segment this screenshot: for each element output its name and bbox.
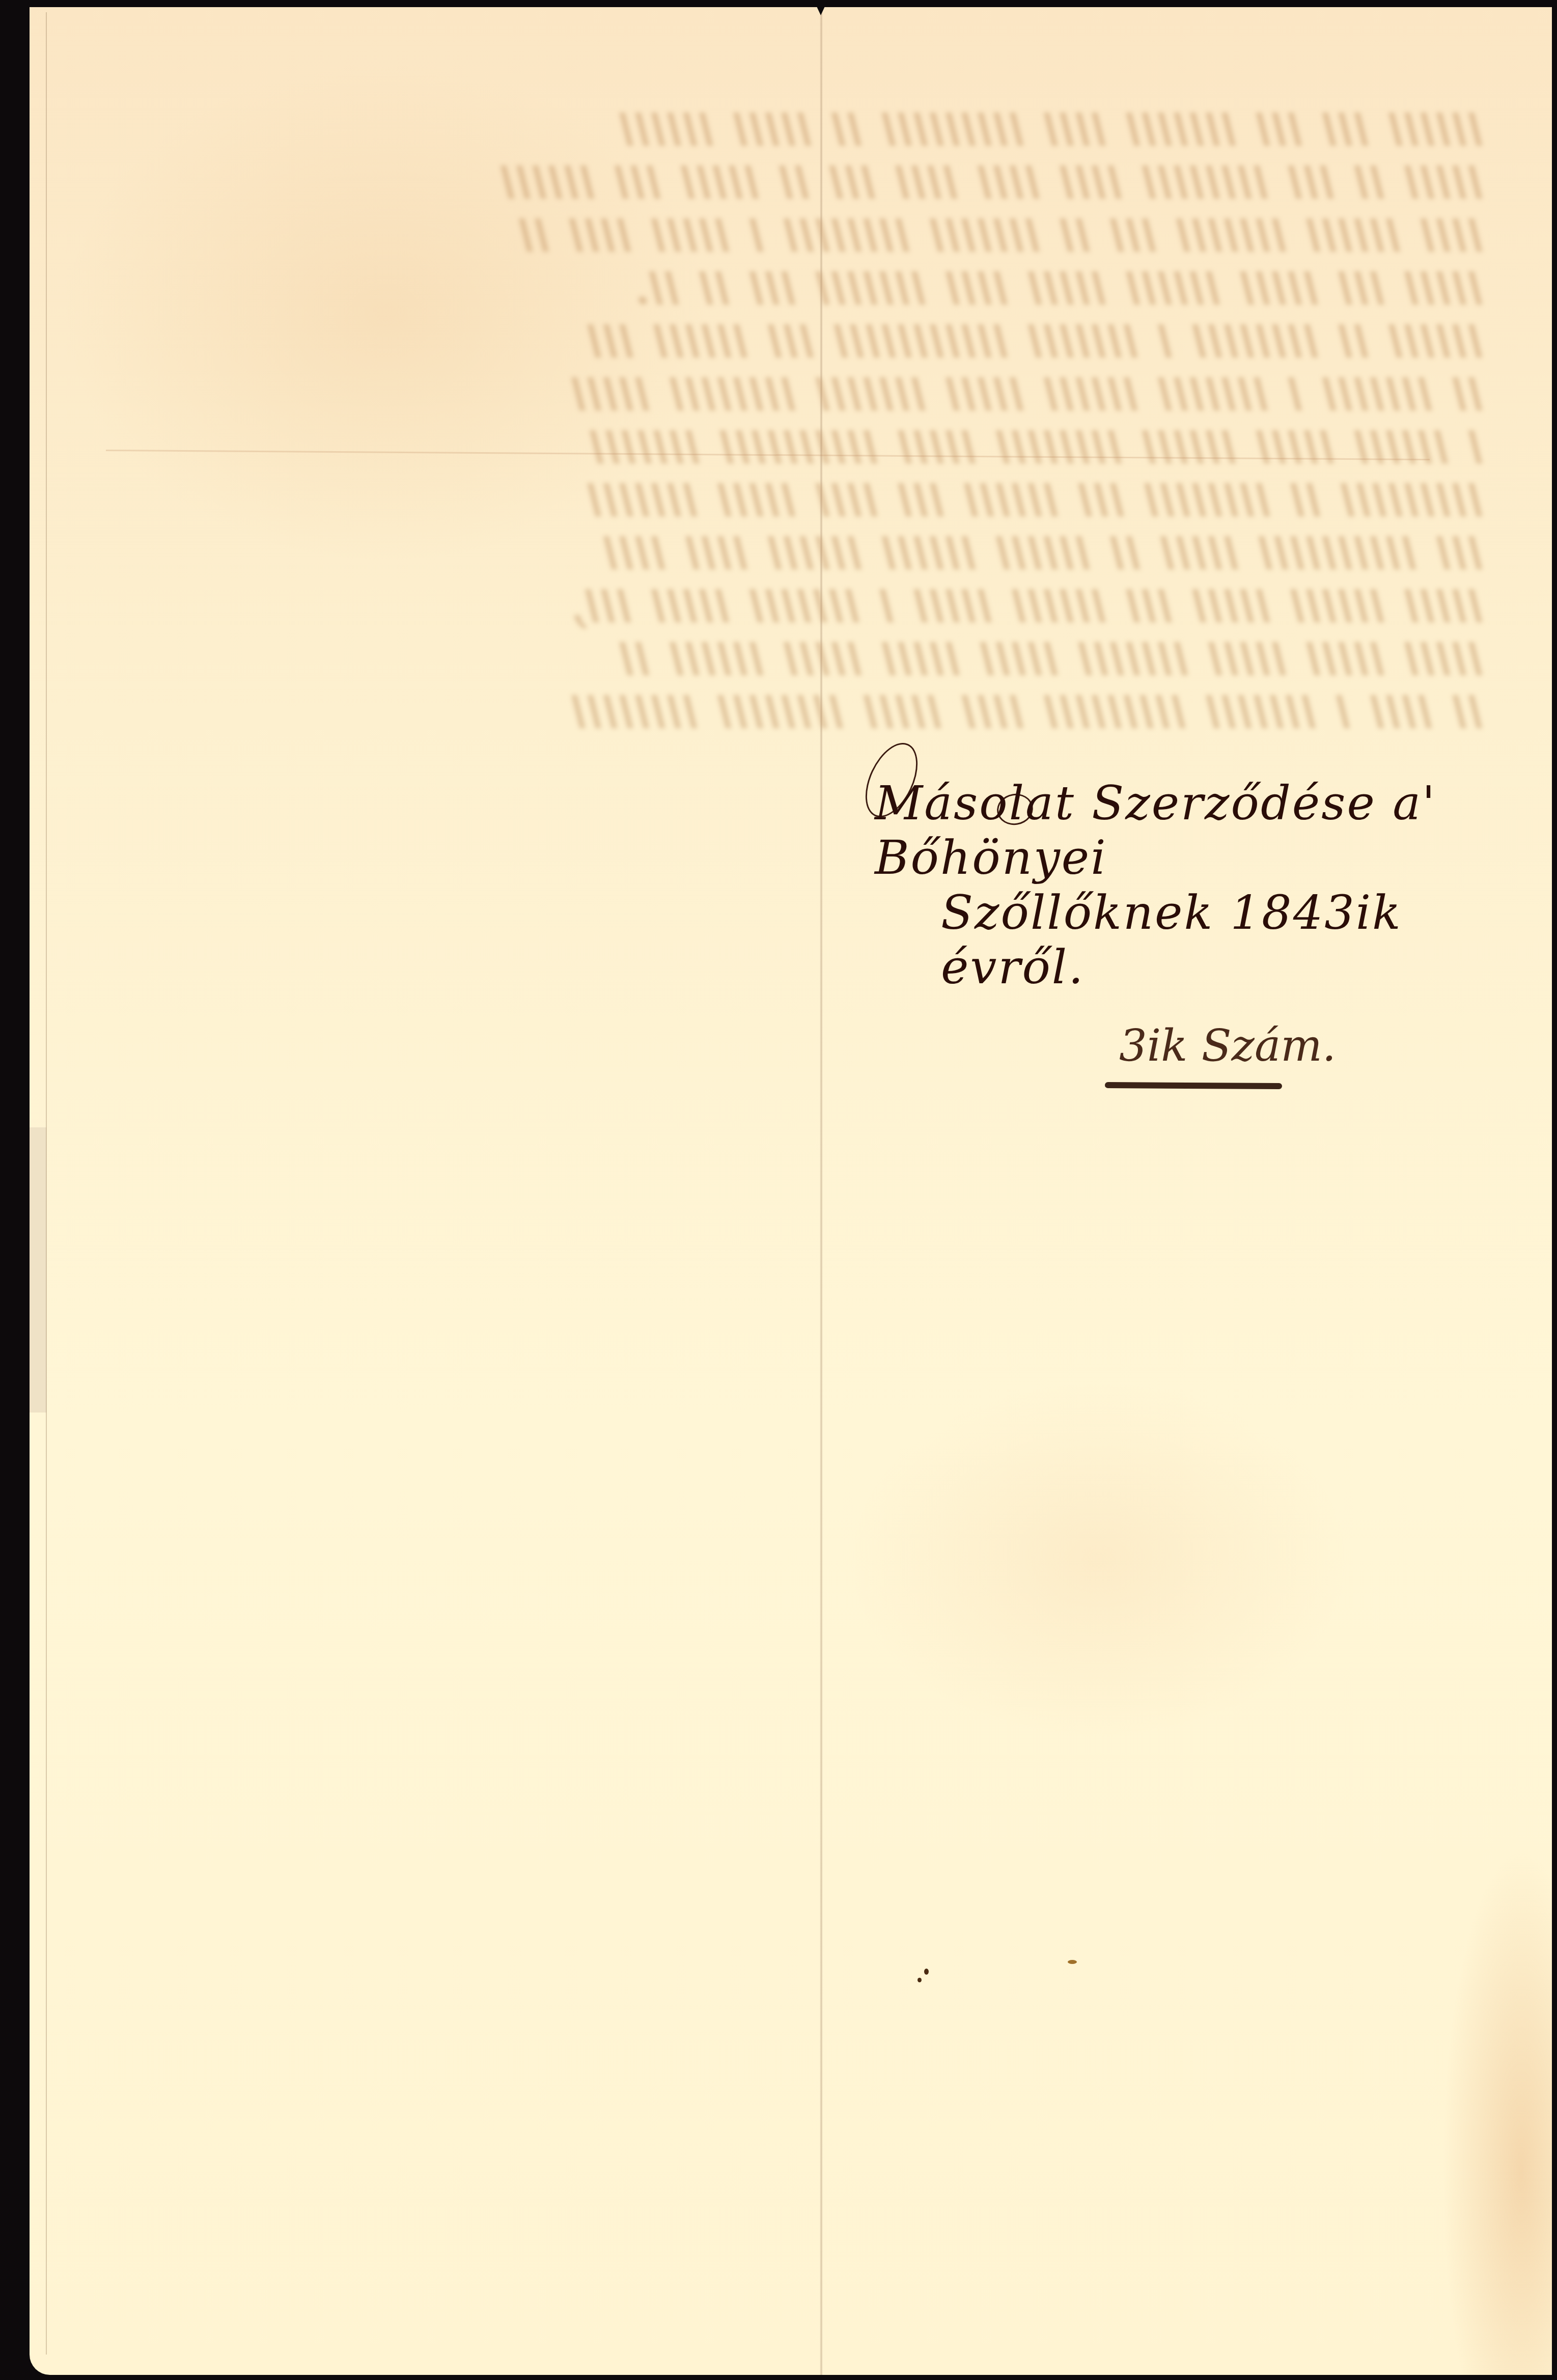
bleed-through-text: ⵏⵏⵏⵏⵏⵏ ⵏⵏⵏ ⵏⵏⵏ ⵏⵏⵏⵏⵏⵏⵏ ⵏⵏⵏⵏ ⵏⵏⵏⵏⵏⵏⵏⵏⵏ ⵏⵏ… bbox=[91, 104, 1486, 739]
bleed-line: ⵏⵏⵏⵏⵏⵏ ⵏⵏⵏ ⵏⵏⵏ ⵏⵏⵏⵏⵏⵏⵏ ⵏⵏⵏⵏ ⵏⵏⵏⵏⵏⵏⵏⵏⵏ ⵏⵏ… bbox=[91, 104, 1486, 157]
bleed-line: ⵏⵏⵏⵏⵏ ⵏⵏ ⵏⵏⵏ ⵏⵏⵏⵏⵏⵏⵏⵏ ⵏⵏⵏⵏ ⵏⵏⵏⵏ ⵏⵏⵏⵏ ⵏⵏⵏ… bbox=[91, 157, 1486, 210]
bleed-line: ⵏⵏ ⵏⵏⵏⵏ ⵏ ⵏⵏⵏⵏⵏⵏⵏ ⵏⵏⵏⵏⵏⵏⵏⵏⵏ ⵏⵏⵏⵏ ⵏⵏⵏⵏⵏ ⵏ… bbox=[91, 686, 1486, 739]
fold-notch bbox=[814, 0, 828, 15]
archive-number: 3ik Szám. bbox=[1119, 1020, 1336, 1071]
bleed-line: ⵏ ⵏⵏⵏⵏⵏⵏ ⵏⵏⵏⵏⵏ ⵏⵏⵏⵏⵏⵏ ⵏⵏⵏⵏⵏⵏⵏⵏ ⵏⵏⵏⵏⵏ ⵏⵏⵏ… bbox=[91, 422, 1486, 475]
bleed-line: ⵏⵏⵏⵏⵏ ⵏⵏⵏⵏⵏ ⵏⵏⵏⵏⵏ ⵏⵏⵏⵏⵏⵏⵏ ⵏⵏⵏⵏⵏ ⵏⵏⵏⵏⵏ ⵏⵏ… bbox=[91, 633, 1486, 686]
bleed-line: ⵏⵏ ⵏⵏⵏⵏⵏⵏⵏ ⵏ ⵏⵏⵏⵏⵏⵏⵏ ⵏⵏⵏⵏⵏⵏ ⵏⵏⵏⵏⵏ ⵏⵏⵏⵏⵏⵏ… bbox=[91, 369, 1486, 422]
bleed-line: ⵏⵏⵏ ⵏⵏⵏⵏⵏⵏⵏⵏⵏⵏ ⵏⵏⵏⵏⵏ ⵏⵏ ⵏⵏⵏⵏⵏⵏ ⵏⵏⵏⵏⵏⵏ ⵏⵏ… bbox=[91, 528, 1486, 580]
ink-spot bbox=[924, 1969, 929, 1975]
archive-number-underline bbox=[1105, 1082, 1282, 1089]
torn-left-edge bbox=[30, 1127, 46, 1413]
bleed-line: ⵏⵏⵏⵏⵏ ⵏⵏⵏⵏⵏⵏ ⵏⵏⵏⵏⵏ ⵏⵏⵏ ⵏⵏⵏⵏⵏⵏ ⵏⵏⵏⵏⵏ ⵏ ⵏⵏ… bbox=[91, 580, 1486, 633]
bleed-line: ⵏⵏⵏⵏ ⵏⵏⵏⵏⵏⵏ ⵏⵏⵏⵏⵏⵏⵏ ⵏⵏⵏ ⵏⵏ ⵏⵏⵏⵏⵏⵏⵏ ⵏⵏⵏⵏⵏ… bbox=[91, 210, 1486, 263]
document-sheet: ⵏⵏⵏⵏⵏⵏ ⵏⵏⵏ ⵏⵏⵏ ⵏⵏⵏⵏⵏⵏⵏ ⵏⵏⵏⵏ ⵏⵏⵏⵏⵏⵏⵏⵏⵏ ⵏⵏ… bbox=[30, 7, 1552, 2375]
stain-spot bbox=[1068, 1960, 1077, 1964]
document-title-line-1: Másolat Szerződése a' Bőhönyei bbox=[875, 776, 1552, 885]
bleed-line: ⵏⵏⵏⵏⵏ ⵏⵏⵏ ⵏⵏⵏⵏⵏ ⵏⵏⵏⵏⵏⵏ ⵏⵏⵏⵏⵏ ⵏⵏⵏⵏ ⵏⵏⵏⵏⵏⵏ… bbox=[91, 263, 1486, 316]
ink-spot bbox=[917, 1978, 922, 1982]
bleed-line: ⵏⵏⵏⵏⵏⵏ ⵏⵏ ⵏⵏⵏⵏⵏⵏⵏⵏ ⵏ ⵏⵏⵏⵏⵏⵏⵏ ⵏⵏⵏⵏⵏⵏⵏⵏⵏⵏⵏ… bbox=[91, 316, 1486, 369]
document-title-line-2: Szőllőknek 1843ik évről. bbox=[941, 885, 1552, 994]
bleed-line: ⵏⵏⵏⵏⵏⵏⵏⵏⵏ ⵏⵏ ⵏⵏⵏⵏⵏⵏⵏⵏ ⵏⵏⵏ ⵏⵏⵏⵏⵏⵏ ⵏⵏⵏ ⵏⵏⵏ… bbox=[91, 475, 1486, 528]
